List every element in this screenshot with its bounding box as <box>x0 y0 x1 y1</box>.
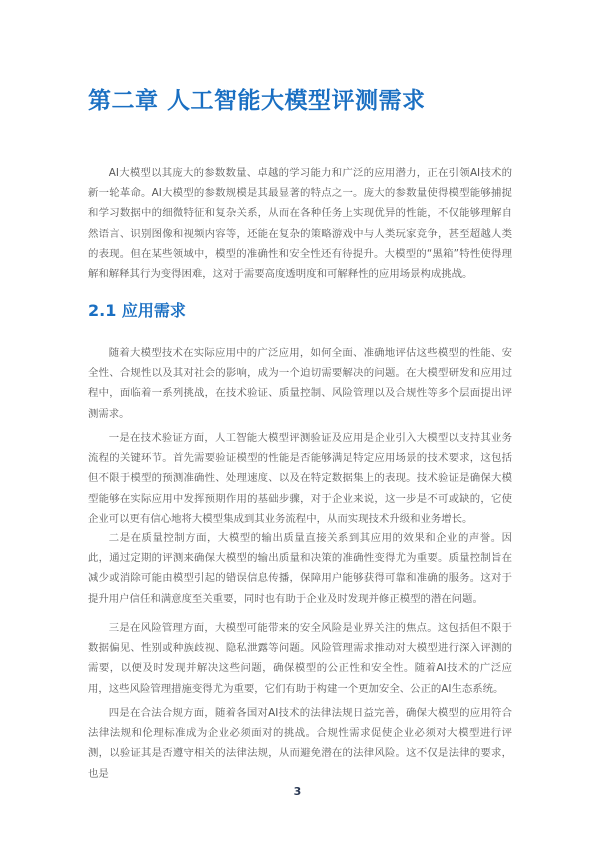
page-number: 3 <box>0 785 595 798</box>
section-paragraph-overview: 随着大模型技术在实际应用中的广泛应用，如何全面、准确地评估这些模型的性能、安全性… <box>88 343 512 424</box>
section-title: 2.1 应用需求 <box>88 298 186 321</box>
section-paragraph-risk-management: 三是在风险管理方面，大模型可能带来的安全风险是业界关注的焦点。这包括但不限于数据… <box>88 618 512 699</box>
chapter-title: 第二章 人工智能大模型评测需求 <box>88 82 426 115</box>
section-paragraph-technical-validation: 一是在技术验证方面，人工智能大模型评测验证及应用是企业引入大模型以支持其业务流程… <box>88 428 512 529</box>
document-page: 第二章 人工智能大模型评测需求 AI大模型以其庞大的参数数量、卓越的学习能力和广… <box>0 0 595 841</box>
intro-paragraph: AI大模型以其庞大的参数数量、卓越的学习能力和广泛的应用潜力，正在引领AI技术的… <box>88 163 512 284</box>
section-paragraph-quality-control: 二是在质量控制方面，大模型的输出质量直接关系到其应用的效果和企业的声誉。因此，通… <box>88 528 512 609</box>
section-paragraph-compliance: 四是在合法合规方面，随着各国对AI技术的法律法规日益完善，确保大模型的应用符合法… <box>88 703 512 784</box>
